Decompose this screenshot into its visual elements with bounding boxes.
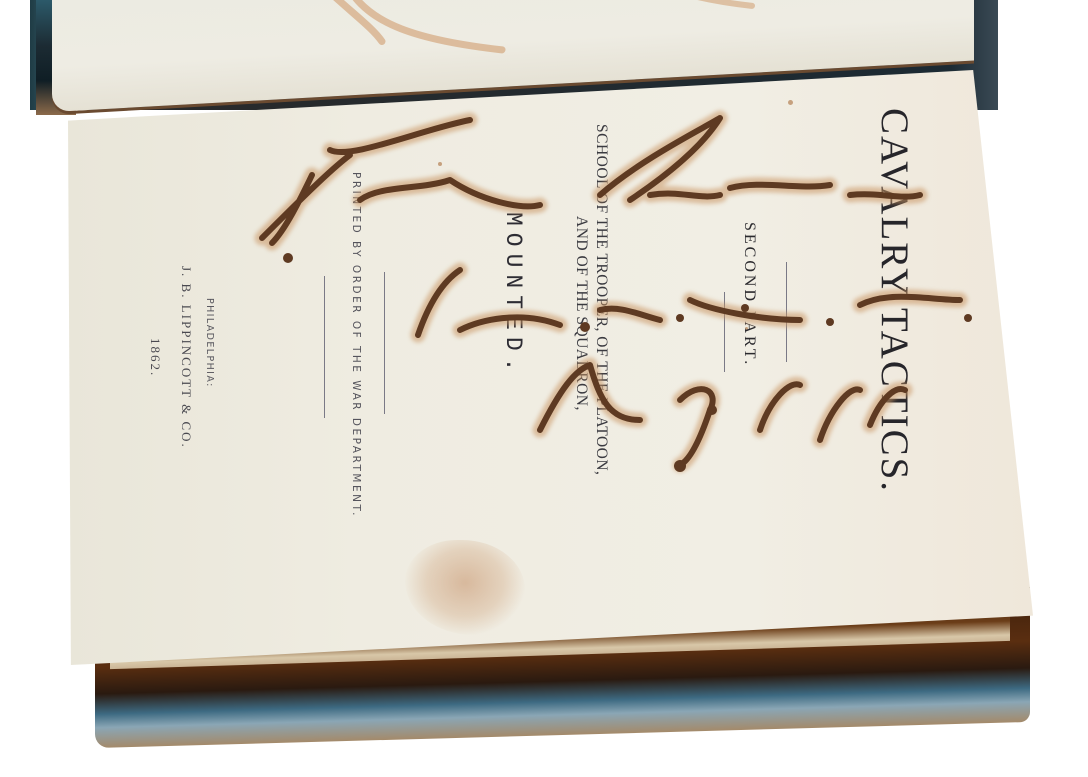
- handwritten-inscription: R. Wagner Sec. Lieut. Major 2nd Mic. Cal…: [0, 0, 1088, 777]
